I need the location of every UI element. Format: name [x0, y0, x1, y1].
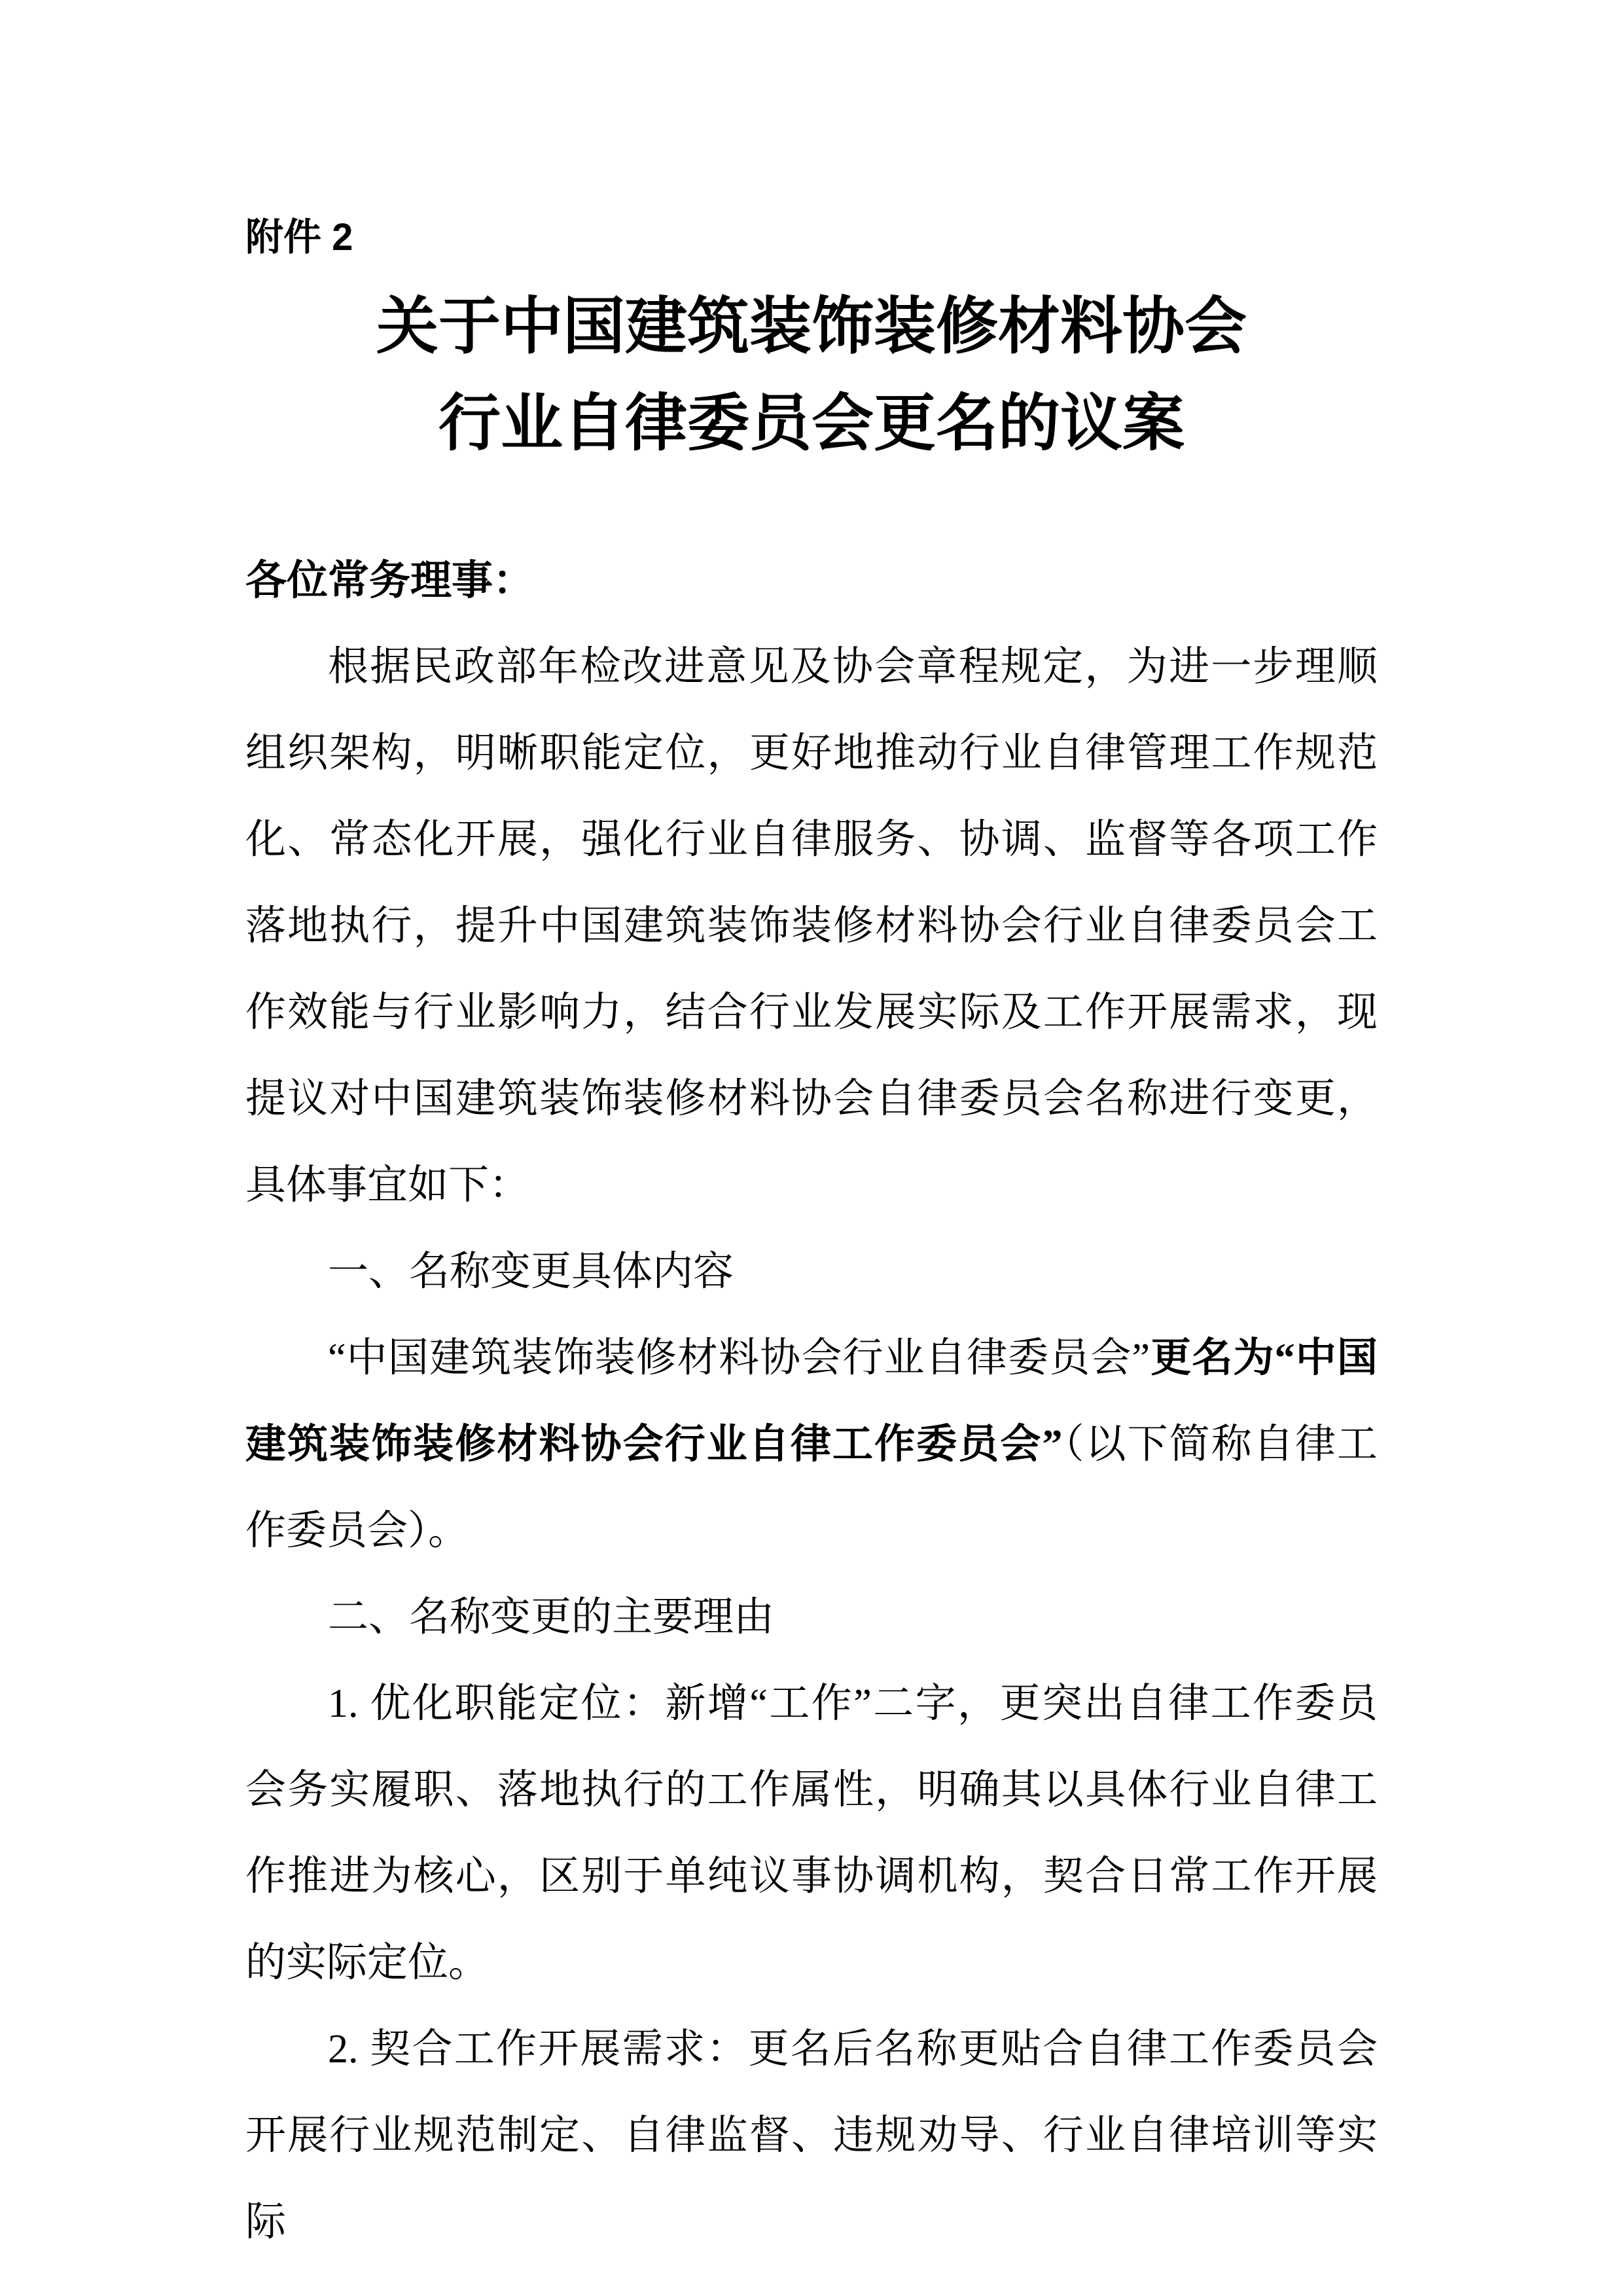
paragraph: “中国建筑装饰装修材料协会行业自律委员会”更名为“中国建筑装饰装修材料协会行业自… — [245, 1315, 1378, 1574]
paragraph-run: 二、名称变更的主要理由 — [328, 1595, 774, 1640]
paragraph-run: 根据民政部年检改进意见及协会章程规定，为进一步理顺组织架构，明晰职能定位，更好地… — [245, 645, 1378, 1208]
paragraph: 根据民政部年检改进意见及协会章程规定，为进一步理顺组织架构，明晰职能定位，更好地… — [245, 624, 1378, 1229]
paragraph: 一、名称变更具体内容 — [245, 1229, 1378, 1315]
document-title: 关于中国建筑装饰装修材料协会 行业自律委员会更名的议案 — [0, 278, 1623, 472]
attachment-label: 附件 2 — [245, 216, 1378, 259]
document-title-line2: 行业自律委员会更名的议案 — [0, 375, 1623, 472]
paragraph-run: 一、名称变更具体内容 — [328, 1249, 734, 1294]
paragraph-run: “中国建筑装饰装修材料协会行业自律委员会” — [328, 1336, 1150, 1380]
document-page: 附件 2 关于中国建筑装饰装修材料协会 行业自律委员会更名的议案 各位常务理事：… — [0, 0, 1623, 2296]
salutation: 各位常务理事： — [245, 537, 1378, 624]
paragraph: 1. 优化职能定位：新增“工作”二字，更突出自律工作委员会务实履职、落地执行的工… — [245, 1660, 1378, 2006]
paragraph: 二、名称变更的主要理由 — [245, 1574, 1378, 1660]
document-title-line1: 关于中国建筑装饰装修材料协会 — [0, 278, 1623, 375]
document-body: 根据民政部年检改进意见及协会章程规定，为进一步理顺组织架构，明晰职能定位，更好地… — [245, 624, 1378, 2265]
paragraph-run: 2. 契合工作开展需求：更名后名称更贴合自律工作委员会开展行业规范制定、自律监督… — [245, 2027, 1378, 2244]
paragraph-run: 1. 优化职能定位：新增“工作”二字，更突出自律工作委员会务实履职、落地执行的工… — [245, 1681, 1378, 1985]
paragraph: 2. 契合工作开展需求：更名后名称更贴合自律工作委员会开展行业规范制定、自律监督… — [245, 2006, 1378, 2265]
